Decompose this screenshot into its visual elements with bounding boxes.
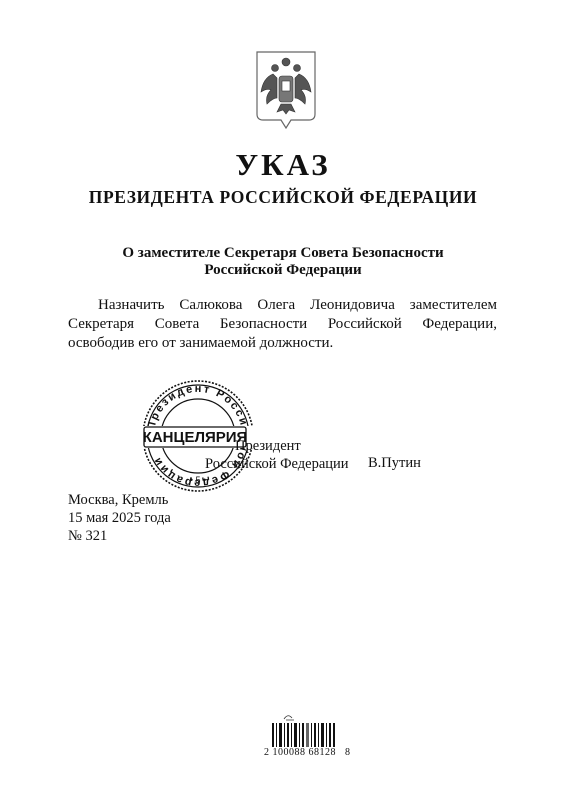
document-subtitle: ПРЕЗИДЕНТА РОССИЙСКОЙ ФЕДЕРАЦИИ xyxy=(0,187,566,208)
coat-of-arms-icon xyxy=(253,48,319,132)
decree-number: № 321 xyxy=(68,527,171,545)
signatory-title-line-1: Президент xyxy=(205,437,349,455)
signatory-name: В.Путин xyxy=(368,455,421,472)
heading-line-1: О заместителе Секретаря Совета Безопасно… xyxy=(0,245,566,262)
place-date-number: Москва, Кремль 15 мая 2025 года № 321 xyxy=(68,491,171,545)
date: 15 мая 2025 года xyxy=(68,509,171,527)
signatory-title: Президент Российской Федерации xyxy=(205,437,349,473)
decree-heading: О заместителе Секретаря Совета Безопасно… xyxy=(0,245,566,279)
heading-line-2: Российской Федерации xyxy=(0,262,566,279)
decree-body: Назначить Салюкова Олега Леонидовича зам… xyxy=(68,296,497,353)
barcode-number: 2 100088 68128 8 xyxy=(264,747,351,758)
place: Москва, Кремль xyxy=(68,491,171,509)
official-seal: Президент Российской Федерации КАНЦЕЛЯРИ… xyxy=(140,378,256,494)
body-text: Назначить Салюкова Олега Леонидовича зам… xyxy=(68,297,497,351)
document-title: УКАЗ xyxy=(0,147,566,183)
svg-text:• 5 •: • 5 • xyxy=(190,475,206,485)
signatory-title-line-2: Российской Федерации xyxy=(205,455,349,473)
